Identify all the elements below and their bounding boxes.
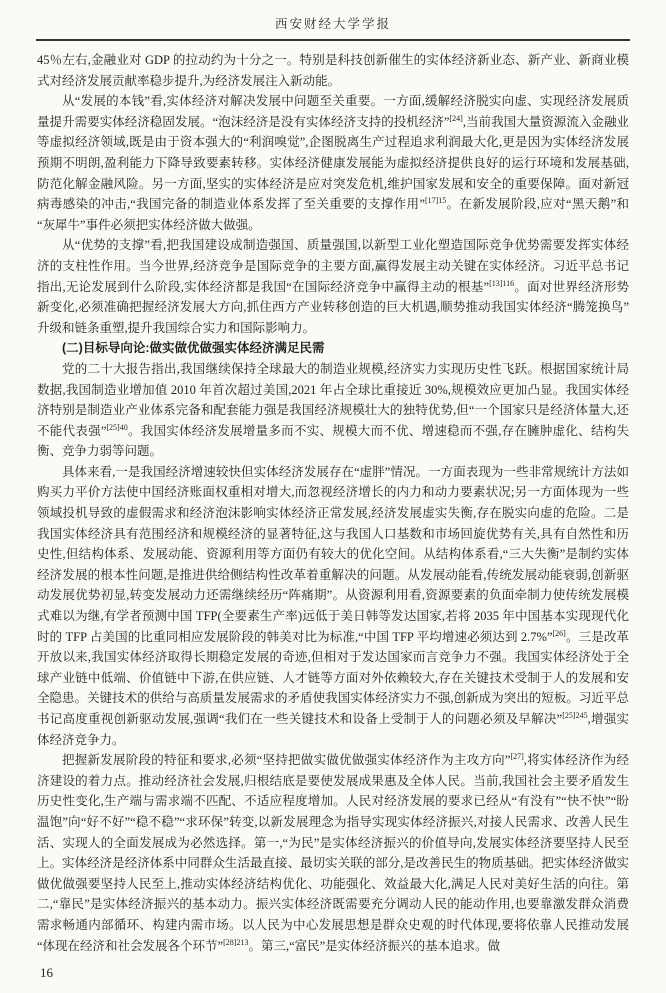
citation-ref: [13]116 bbox=[489, 278, 514, 287]
paragraph: 把握新发展阶段的特征和要求,必须“坚持把做实做优做强实体经济作为主攻方向”[27… bbox=[37, 750, 629, 956]
journal-page: 西安财经大学学报 45％左右,金融业对 GDP 的拉动约为十分之一。特别是科技创… bbox=[0, 0, 666, 993]
journal-title: 西安财经大学学报 bbox=[275, 17, 391, 31]
paragraph: 具体来看,一是我国经济增速较快但实体经济发展存在“虚胖”情况。一方面表现为一些非… bbox=[37, 462, 629, 750]
section-heading: (二)目标导向论:做实做优做强实体经济满足民需 bbox=[37, 338, 629, 359]
citation-ref: [17]15 bbox=[425, 196, 446, 205]
paragraph: 从“优势的支撑”看,把我国建设成制造强国、质量强国,以新型工业化塑造国际竞争优势… bbox=[37, 235, 629, 338]
citation-ref: [27] bbox=[510, 752, 523, 761]
page-number: 16 bbox=[40, 965, 53, 981]
citation-ref: [25]245 bbox=[562, 711, 587, 720]
citation-ref: [24] bbox=[449, 114, 462, 123]
paragraph: 45％左右,金融业对 GDP 的拉动约为十分之一。特别是科技创新催生的实体经济新… bbox=[37, 50, 629, 91]
paragraph: 党的二十大报告指出,我国继续保持全球最大的制造业规模,经济实力实现历史性飞跃。根… bbox=[37, 359, 629, 462]
header-rule bbox=[36, 39, 630, 41]
paragraph: 从“发展的本钱”看,实体经济对解决发展中问题至关重要。一方面,缓解经济脱实向虚、… bbox=[37, 91, 629, 235]
article-body: 45％左右,金融业对 GDP 的拉动约为十分之一。特别是科技创新催生的实体经济新… bbox=[37, 50, 629, 956]
running-head: 西安财经大学学报 bbox=[0, 0, 666, 32]
citation-ref: [25]40 bbox=[106, 423, 127, 432]
citation-ref: [26] bbox=[553, 628, 566, 637]
citation-ref: [28]213 bbox=[223, 937, 248, 946]
